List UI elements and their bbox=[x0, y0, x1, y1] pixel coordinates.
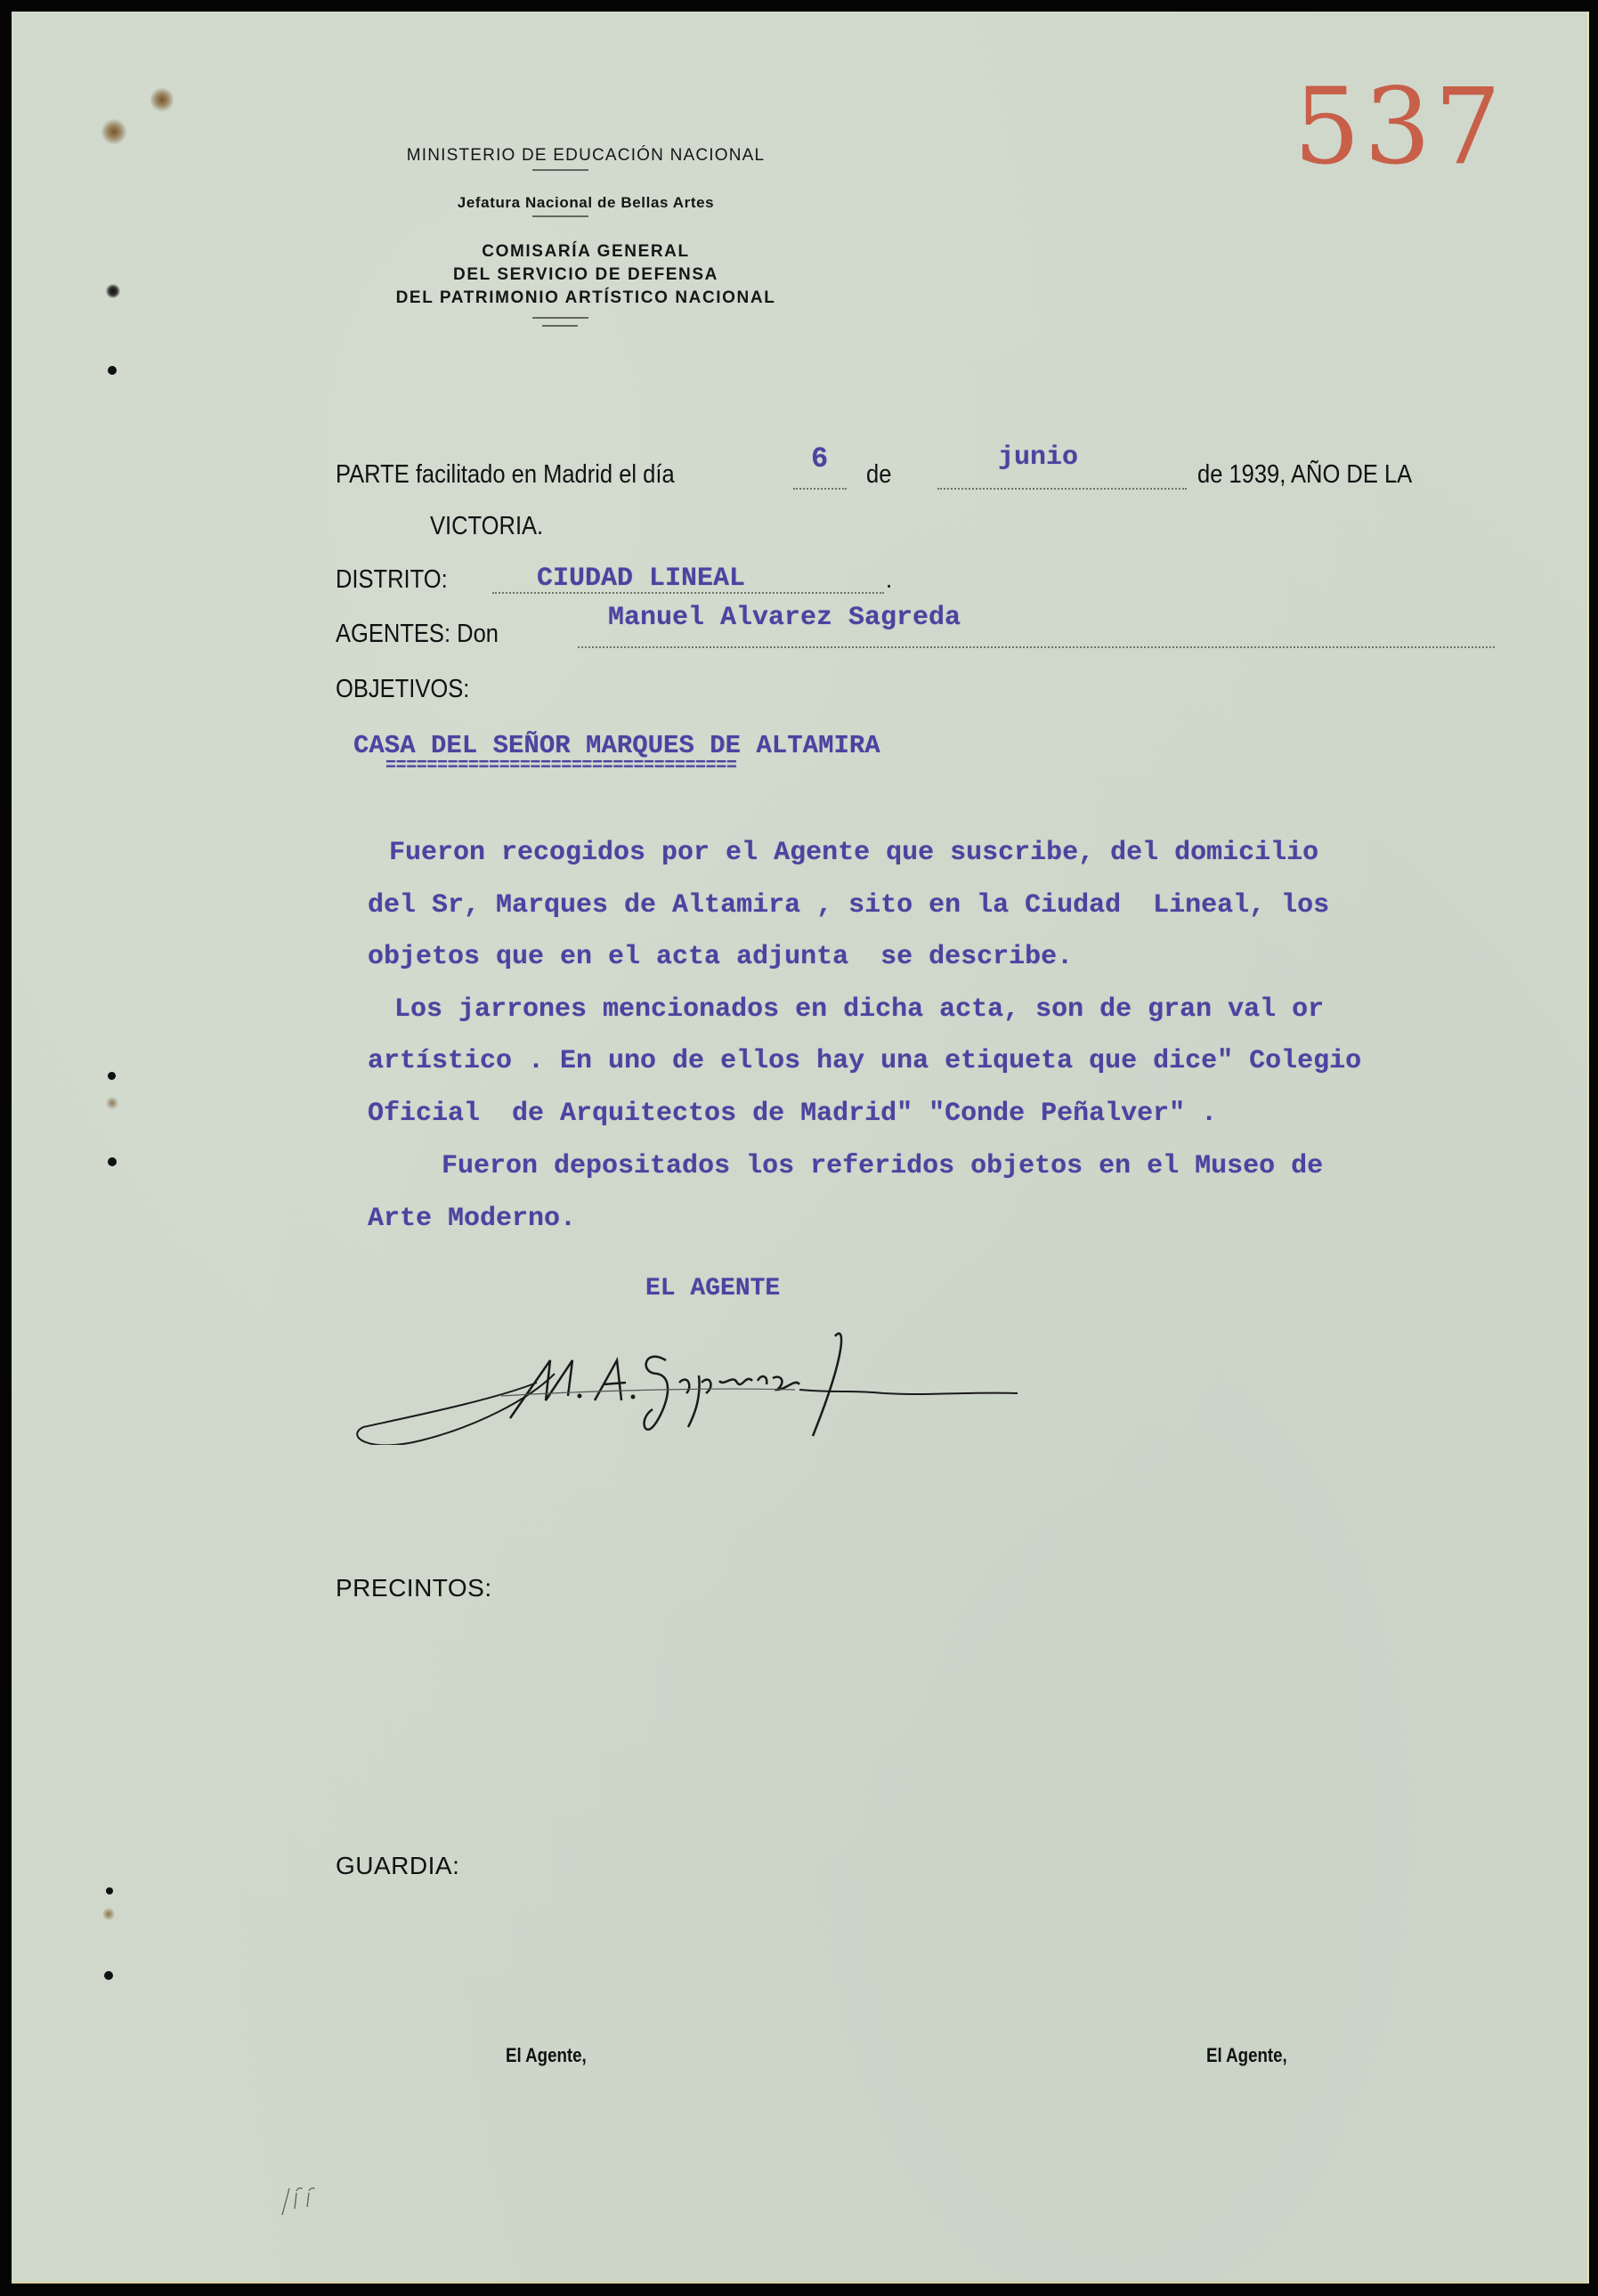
handwritten-signature bbox=[350, 1311, 1196, 1445]
body-line: del Sr, Marques de Altamira , sito en la… bbox=[368, 890, 1329, 921]
header-rule bbox=[532, 317, 588, 319]
report-line-suffix: de 1939, AÑO DE LA bbox=[1197, 460, 1412, 490]
punch-hole bbox=[104, 1971, 113, 1980]
body-line: objetos que en el acta adjunta se descri… bbox=[368, 942, 1073, 972]
header-commission: COMISARÍA GENERAL DEL SERVICIO DE DEFENS… bbox=[350, 240, 822, 310]
report-de-label: de bbox=[866, 460, 891, 490]
report-line-continuation: VICTORIA. bbox=[430, 512, 543, 541]
header-rule bbox=[532, 215, 588, 217]
punch-hole bbox=[108, 1157, 117, 1166]
objectives-underline: ================================== bbox=[385, 756, 736, 776]
agents-value: Manuel Alvarez Sagreda bbox=[608, 603, 961, 633]
header-rule bbox=[532, 169, 588, 171]
punch-hole bbox=[108, 366, 117, 375]
punch-hole bbox=[106, 284, 120, 298]
punch-hole bbox=[108, 1072, 116, 1080]
district-value: CIUDAD LINEAL bbox=[537, 564, 745, 594]
report-line-prefix: PARTE facilitado en Madrid el día bbox=[336, 460, 675, 490]
guard-label: GUARDIA: bbox=[336, 1852, 459, 1880]
header-department: Jefatura Nacional de Bellas Artes bbox=[350, 194, 822, 212]
report-month: junio bbox=[998, 442, 1078, 473]
header-ministry: MINISTERIO DE EDUCACIÓN NACIONAL bbox=[350, 146, 822, 166]
pencil-mark bbox=[279, 2184, 332, 2219]
body-line: Fueron recogidos por el Agente que suscr… bbox=[389, 838, 1318, 868]
rust-stain bbox=[150, 87, 174, 112]
agents-field-dots bbox=[578, 646, 1495, 648]
body-line: Oficial de Arquitectos de Madrid" "Conde… bbox=[368, 1099, 1217, 1129]
rust-stain bbox=[101, 118, 127, 145]
document-page: 537 MINISTERIO DE EDUCACIÓN NACIONAL Jef… bbox=[12, 12, 1589, 2284]
rust-stain bbox=[102, 1908, 115, 1920]
district-terminator: . bbox=[886, 565, 892, 595]
signature-title: EL AGENTE bbox=[645, 1275, 780, 1302]
month-field-dots bbox=[937, 488, 1187, 490]
seals-label: PRECINTOS: bbox=[336, 1574, 492, 1602]
header-rule bbox=[542, 325, 578, 327]
rust-stain bbox=[106, 1097, 118, 1109]
header-commission-line-2: DEL SERVICIO DE DEFENSA bbox=[350, 264, 822, 287]
footer-agent-left: El Agente, bbox=[506, 2044, 587, 2067]
objectives-label: OBJETIVOS: bbox=[336, 675, 469, 704]
footer-agent-right: El Agente, bbox=[1206, 2044, 1287, 2067]
report-day: 6 bbox=[811, 442, 828, 475]
punch-hole bbox=[106, 1887, 113, 1894]
body-line: Los jarrones mencionados en dicha acta, … bbox=[314, 994, 1324, 1025]
header-commission-line-1: COMISARÍA GENERAL bbox=[350, 240, 822, 264]
district-label: DISTRITO: bbox=[336, 565, 448, 595]
body-line: artístico . En uno de ellos hay una etiq… bbox=[368, 1046, 1361, 1076]
agents-label: AGENTES: Don bbox=[336, 620, 499, 649]
day-field-dots bbox=[793, 488, 847, 490]
body-line: Fueron depositados los referidos objetos… bbox=[345, 1151, 1323, 1181]
folio-number: 537 bbox=[1294, 65, 1505, 188]
header-commission-line-3: DEL PATRIMONIO ARTÍSTICO NACIONAL bbox=[350, 287, 822, 310]
body-line: Arte Moderno. bbox=[368, 1204, 576, 1234]
